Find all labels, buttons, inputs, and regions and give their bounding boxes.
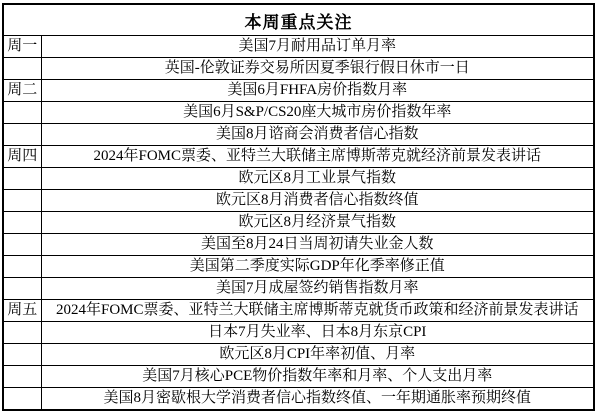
table-row: 周一 美国7月耐用品订单月率 (3, 36, 594, 58)
day-cell (3, 256, 41, 278)
day-cell: 周四 (3, 146, 41, 168)
day-cell (3, 58, 41, 80)
event-cell: 美国至8月24日当周初请失业金人数 (41, 234, 594, 256)
table-row: 日本7月失业率、日本8月东京CPI (3, 322, 594, 344)
day-cell: 周五 (3, 300, 41, 322)
table-row: 欧元区8月CPI年率初值、月率 (3, 344, 594, 366)
table-row: 欧元区8月工业景气指数 (3, 168, 594, 190)
day-cell (3, 234, 41, 256)
day-cell (3, 102, 41, 124)
event-cell: 欧元区8月经济景气指数 (41, 212, 594, 234)
table-row: 欧元区8月经济景气指数 (3, 212, 594, 234)
event-cell: 美国7月成屋签约销售指数月率 (41, 278, 594, 300)
table-row: 周四 2024年FOMC票委、亚特兰大联储主席博斯蒂克就经济前景发表讲话 (3, 146, 594, 168)
event-cell: 欧元区8月CPI年率初值、月率 (41, 344, 594, 366)
table-row: 美国8月密歇根大学消费者信心指数终值、一年期通胀率预期终值 (3, 388, 594, 411)
event-cell: 美国第二季度实际GDP年化季率修正值 (41, 256, 594, 278)
table-row: 周二 美国6月FHFA房价指数月率 (3, 80, 594, 102)
event-cell: 美国6月S&P/CS20座大城市房价指数年率 (41, 102, 594, 124)
event-cell: 美国7月耐用品订单月率 (41, 36, 594, 58)
day-cell (3, 212, 41, 234)
table-row: 美国7月核心PCE物价指数年率和月率、个人支出月率 (3, 366, 594, 388)
day-cell: 周二 (3, 80, 41, 102)
event-cell: 美国8月密歇根大学消费者信心指数终值、一年期通胀率预期终值 (41, 388, 594, 411)
day-cell: 周一 (3, 36, 41, 58)
table-row: 美国第二季度实际GDP年化季率修正值 (3, 256, 594, 278)
table-row: 美国至8月24日当周初请失业金人数 (3, 234, 594, 256)
event-cell: 美国8月谘商会消费者信心指数 (41, 124, 594, 146)
event-cell: 英国-伦敦证券交易所因夏季银行假日休市一日 (41, 58, 594, 80)
table-row: 周五 2024年FOMC票委、亚特兰大联储主席博斯蒂克就货币政策和经济前景发表讲… (3, 300, 594, 322)
day-cell (3, 344, 41, 366)
event-cell: 美国7月核心PCE物价指数年率和月率、个人支出月率 (41, 366, 594, 388)
event-cell: 日本7月失业率、日本8月东京CPI (41, 322, 594, 344)
table-row: 英国-伦敦证券交易所因夏季银行假日休市一日 (3, 58, 594, 80)
table-title: 本周重点关注 (3, 4, 594, 36)
table-title-row: 本周重点关注 (3, 4, 594, 36)
weekly-focus-table-wrap: 本周重点关注 周一 美国7月耐用品订单月率 英国-伦敦证券交易所因夏季银行假日休… (2, 3, 595, 411)
table-row: 欧元区8月消费者信心指数终值 (3, 190, 594, 212)
event-cell: 2024年FOMC票委、亚特兰大联储主席博斯蒂克就货币政策和经济前景发表讲话 (41, 300, 594, 322)
table-row: 美国6月S&P/CS20座大城市房价指数年率 (3, 102, 594, 124)
day-cell (3, 124, 41, 146)
day-cell (3, 190, 41, 212)
table-row: 美国8月谘商会消费者信心指数 (3, 124, 594, 146)
day-cell (3, 278, 41, 300)
event-cell: 美国6月FHFA房价指数月率 (41, 80, 594, 102)
event-cell: 2024年FOMC票委、亚特兰大联储主席博斯蒂克就经济前景发表讲话 (41, 146, 594, 168)
event-cell: 欧元区8月消费者信心指数终值 (41, 190, 594, 212)
day-cell (3, 322, 41, 344)
weekly-focus-table: 本周重点关注 周一 美国7月耐用品订单月率 英国-伦敦证券交易所因夏季银行假日休… (2, 3, 595, 411)
table-row: 美国7月成屋签约销售指数月率 (3, 278, 594, 300)
day-cell (3, 168, 41, 190)
day-cell (3, 388, 41, 411)
event-cell: 欧元区8月工业景气指数 (41, 168, 594, 190)
day-cell (3, 366, 41, 388)
